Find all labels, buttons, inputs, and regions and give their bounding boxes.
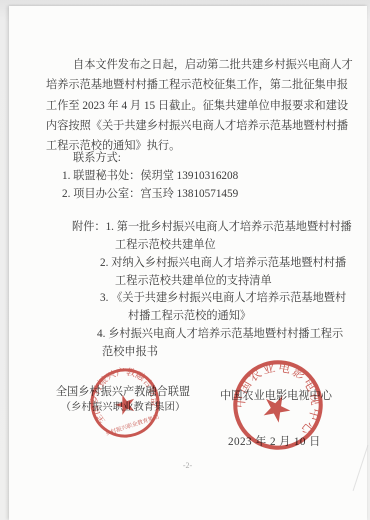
seal-left-star-icon bbox=[113, 392, 138, 416]
paragraph-line: 培养示范基地暨村村播工程示范校征集工作，第二批征集申报 bbox=[46, 75, 346, 95]
attachment-line: 4. 乡村振兴电商人才培养示范基地暨村村播工程示 bbox=[97, 326, 343, 342]
official-seal-right: 中国农业电影电视中心 bbox=[217, 344, 339, 466]
seal-right-star-icon bbox=[259, 390, 295, 425]
attachment-line: 附件：1. 第一批乡村振兴电商人才培养示范基地暨村村播 bbox=[72, 219, 352, 235]
attachment-line: 村播工程示范校的通知》 bbox=[128, 308, 251, 324]
contact-item-project-office: 2. 项目办公室：宫玉玲 13810571459 bbox=[62, 186, 238, 202]
paragraph-line: 内容按照《关于共建乡村振兴电商人才培养示范基地暨村村播 bbox=[46, 116, 346, 136]
paragraph-line: 工作至 2023 年 4 月 15 日截止。征集共建单位申报要求和建设 bbox=[46, 96, 346, 116]
attachment-line: 2. 对纳入乡村振兴电商人才培养示范基地暨村村播 bbox=[100, 255, 346, 271]
attachment-line: 工程示范校共建单位的支持清单 bbox=[115, 273, 272, 289]
screenshot-root: 自本文件发布之日起，启动第二批共建乡村振兴电商人才 培养示范基地暨村村播工程示范… bbox=[0, 0, 370, 520]
contact-heading: 联系方式: bbox=[73, 150, 121, 166]
attachment-line: 工程示范校共建单位 bbox=[115, 237, 216, 253]
seal-left-banner-text: 乡村振兴职业教育集团 bbox=[104, 412, 160, 437]
document-page: 自本文件发布之日起，启动第二批共建乡村振兴电商人才 培养示范基地暨村村播工程示范… bbox=[9, 6, 367, 520]
body-paragraph: 自本文件发布之日起，启动第二批共建乡村振兴电商人才 培养示范基地暨村村播工程示范… bbox=[46, 55, 346, 156]
attachment-line: 3. 《关于共建乡村振兴电商人才培养示范基地暨村 bbox=[100, 290, 346, 306]
paragraph-line: 自本文件发布之日起，启动第二批共建乡村振兴电商人才 bbox=[46, 55, 346, 75]
contact-item-secretariat: 1. 联盟秘书处：侯玥堂 13910316208 bbox=[62, 168, 238, 184]
official-seal-left: 全国乡村振兴产教融合联盟 乡村振兴职业教育集团 bbox=[70, 345, 180, 463]
